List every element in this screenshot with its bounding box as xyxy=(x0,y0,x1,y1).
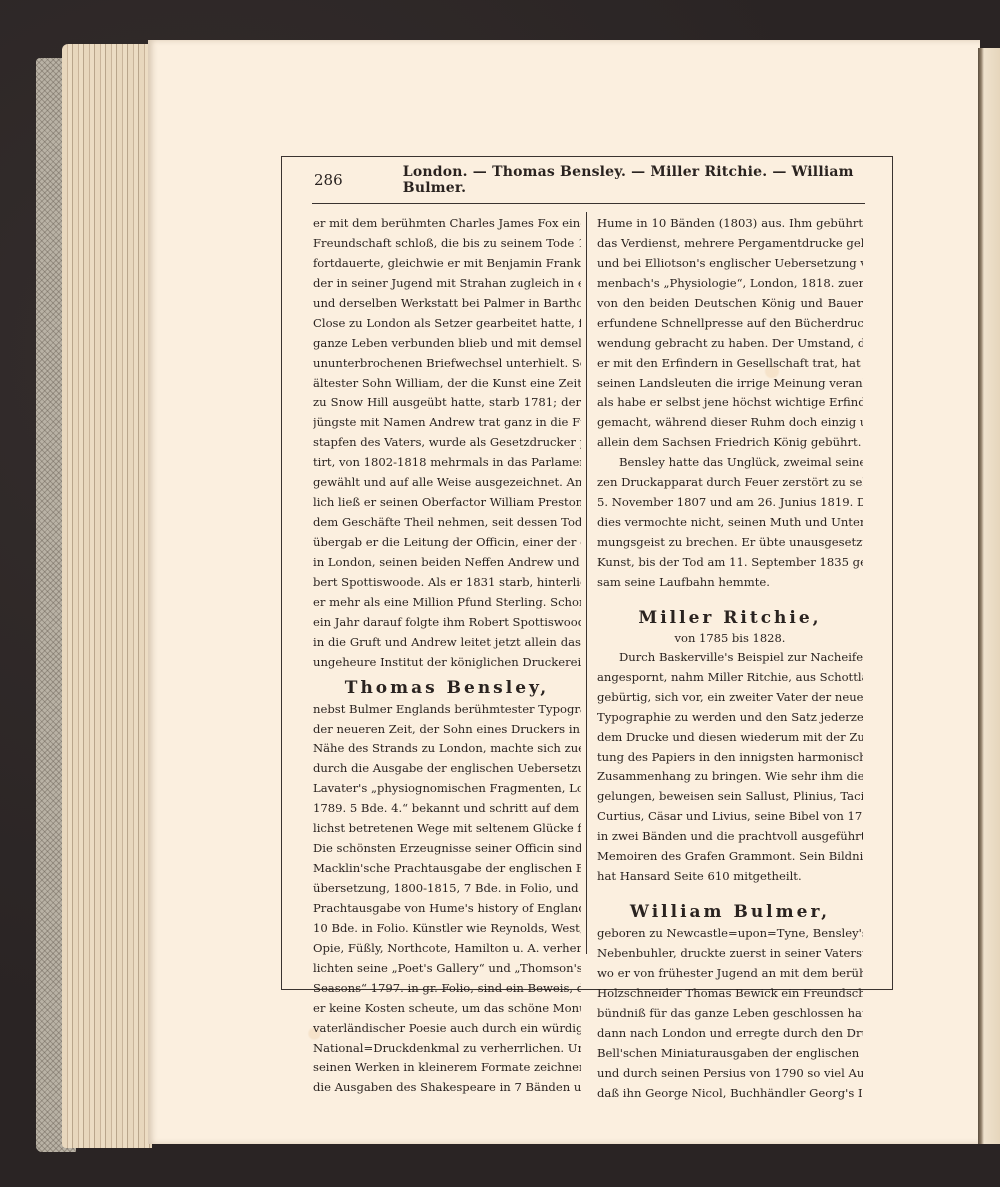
text-line: übersetzung, 1800-1815, 7 Bde. in Folio,… xyxy=(313,879,581,899)
text-line: von den beiden Deutschen König und Bauer xyxy=(597,294,863,314)
text-line: und durch seinen Persius von 1790 so vie… xyxy=(597,1064,863,1084)
text-line: Curtius, Cäsar und Livius, seine Bibel v… xyxy=(597,807,863,827)
text-line: gemacht, während dieser Ruhm doch einzig… xyxy=(597,413,863,433)
text-line: 10 Bde. in Folio. Künstler wie Reynolds,… xyxy=(313,919,581,939)
text-line: als habe er selbst jene höchst wichtige … xyxy=(597,393,863,413)
text-line: jüngste mit Namen Andrew trat ganz in di… xyxy=(313,413,581,433)
text-line: gelungen, beweisen sein Sallust, Plinius… xyxy=(597,787,863,807)
left-column: er mit dem berühmten Charles James Fox e… xyxy=(313,214,581,1098)
text-line: ein Jahr darauf folgte ihm Robert Spotti… xyxy=(313,613,581,633)
text-line: und bei Elliotson's englischer Uebersetz… xyxy=(597,254,863,274)
text-line: übergab er die Leitung der Officin, eine… xyxy=(313,533,581,553)
text-line: der in seiner Jugend mit Strahan zugleic… xyxy=(313,274,581,294)
text-line: National=Druckdenkmal zu verherrlichen. … xyxy=(313,1039,581,1059)
text-line: ganze Leben verbunden blieb und mit dems… xyxy=(313,334,581,354)
section-heading-bensley: Thomas Bensley, xyxy=(313,673,581,700)
text-line: daß ihn George Nicol, Buchhändler Georg'… xyxy=(597,1084,863,1104)
text-line: Opie, Füßly, Northcote, Hamilton u. A. v… xyxy=(313,939,581,959)
text-line: tirt, von 1802-1818 mehrmals in das Parl… xyxy=(313,453,581,473)
text-line: Durch Baskerville's Beispiel zur Nacheif… xyxy=(597,648,863,668)
text-line: Memoiren des Grafen Grammont. Sein Bildn… xyxy=(597,847,863,867)
facing-page-edge xyxy=(978,48,1000,1144)
text-line: geboren zu Newcastle=upon=Tyne, Bensley'… xyxy=(597,924,863,944)
text-line: der neueren Zeit, der Sohn eines Drucker… xyxy=(313,720,581,740)
text-line: dem Drucke und diesen wiederum mit der Z… xyxy=(597,728,863,748)
text-line: in London, seinen beiden Neffen Andrew u… xyxy=(313,553,581,573)
text-line: Close zu London als Setzer gearbeitet ha… xyxy=(313,314,581,334)
text-line: ungeheure Institut der königlichen Druck… xyxy=(313,653,581,673)
text-line: nebst Bulmer Englands berühmtester Typog… xyxy=(313,700,581,720)
paragraph-bensley-continued: Hume in 10 Bänden (1803) aus. Ihm gebühr… xyxy=(597,214,863,453)
text-line: zu Snow Hill ausgeübt hatte, starb 1781;… xyxy=(313,393,581,413)
text-line: zen Druckapparat durch Feuer zerstört zu… xyxy=(597,473,863,493)
text-line: gebürtig, sich vor, ein zweiter Vater de… xyxy=(597,688,863,708)
text-line: Bensley hatte das Unglück, zweimal seine… xyxy=(597,453,863,473)
text-line: die Ausgaben des Shakespeare in 7 Bänden… xyxy=(313,1078,581,1098)
text-line: Zusammenhang zu bringen. Wie sehr ihm di… xyxy=(597,767,863,787)
text-line: das Verdienst, mehrere Pergamentdrucke g… xyxy=(597,234,863,254)
text-line: seinen Werken in kleinerem Formate zeich… xyxy=(313,1058,581,1078)
text-line: er mit den Erfindern in Gesellschaft tra… xyxy=(597,354,863,374)
text-line: fortdauerte, gleichwie er mit Benjamin F… xyxy=(313,254,581,274)
text-line: bert Spottiswoode. Als er 1831 starb, hi… xyxy=(313,573,581,593)
text-line: mungsgeist zu brechen. Er übte unausgese… xyxy=(597,533,863,553)
text-line: vaterländischer Poesie auch durch ein wü… xyxy=(313,1019,581,1039)
text-line: ältester Sohn William, der die Kunst ein… xyxy=(313,374,581,394)
text-line: durch die Ausgabe der englischen Ueberse… xyxy=(313,759,581,779)
text-line: wendung gebracht zu haben. Der Umstand, … xyxy=(597,334,863,354)
text-line: Bell'schen Miniaturausgaben der englisch… xyxy=(597,1044,863,1064)
right-column: Hume in 10 Bänden (1803) aus. Ihm gebühr… xyxy=(597,214,863,1104)
text-line: Macklin'sche Prachtausgabe der englische… xyxy=(313,859,581,879)
text-line: sam seine Laufbahn hemmte. xyxy=(597,573,863,593)
paragraph-bulmer: geboren zu Newcastle=upon=Tyne, Bensley'… xyxy=(597,924,863,1103)
text-line: tung des Papiers in den innigsten harmon… xyxy=(597,748,863,768)
text-line: 1789. 5 Bde. 4.“ bekannt und schritt auf… xyxy=(313,799,581,819)
text-line: wo er von frühester Jugend an mit dem be… xyxy=(597,964,863,984)
paragraph-strahan-sons: er mit dem berühmten Charles James Fox e… xyxy=(313,214,581,673)
running-title: London. — Thomas Bensley. — Miller Ritch… xyxy=(403,164,864,196)
text-line: lichst betretenen Wege mit seltenem Glüc… xyxy=(313,819,581,839)
text-line: dem Geschäfte Theil nehmen, seit dessen … xyxy=(313,513,581,533)
spacer xyxy=(597,887,863,897)
text-line: Holzschneider Thomas Bewick ein Freundsc… xyxy=(597,984,863,1004)
text-line: er keine Kosten scheute, um das schöne M… xyxy=(313,999,581,1019)
text-line: ununterbrochenen Briefwechsel unterhielt… xyxy=(313,354,581,374)
text-line: dann nach London und erregte durch den D… xyxy=(597,1024,863,1044)
text-line: in zwei Bänden und die prachtvoll ausgef… xyxy=(597,827,863,847)
text-line: Typographie zu werden und den Satz jeder… xyxy=(597,708,863,728)
text-line: Nähe des Strands zu London, machte sich … xyxy=(313,739,581,759)
text-line: Hume in 10 Bänden (1803) aus. Ihm gebühr… xyxy=(597,214,863,234)
text-line: seinen Landsleuten die irrige Meinung ve… xyxy=(597,374,863,394)
text-line: stapfen des Vaters, wurde als Gesetzdruc… xyxy=(313,433,581,453)
section-subheading-ritchie-dates: von 1785 bis 1828. xyxy=(597,630,863,648)
text-line: er mit dem berühmten Charles James Fox e… xyxy=(313,214,581,234)
paragraph-ritchie: Durch Baskerville's Beispiel zur Nacheif… xyxy=(597,648,863,887)
spacer xyxy=(597,593,863,603)
text-line: 5. November 1807 und am 26. Junius 1819.… xyxy=(597,493,863,513)
text-line: und derselben Werkstatt bei Palmer in Ba… xyxy=(313,294,581,314)
column-divider xyxy=(586,212,587,954)
text-line: erfundene Schnellpresse auf den Bücherdr… xyxy=(597,314,863,334)
text-line: Lavater's „physiognomischen Fragmenten, … xyxy=(313,779,581,799)
page-header: 286 London. — Thomas Bensley. — Miller R… xyxy=(314,170,864,190)
text-line: lichten seine „Poet's Gallery“ und „Thom… xyxy=(313,959,581,979)
text-line: Freundschaft schloß, die bis zu seinem T… xyxy=(313,234,581,254)
text-line: allein dem Sachsen Friedrich König gebüh… xyxy=(597,433,863,453)
page-stack-edges xyxy=(62,44,152,1148)
page-number: 286 xyxy=(314,171,403,189)
text-line: in die Gruft und Andrew leitet jetzt all… xyxy=(313,633,581,653)
paragraph-bensley-fire: Bensley hatte das Unglück, zweimal seine… xyxy=(597,453,863,593)
header-rule xyxy=(312,203,865,204)
text-line: dies vermochte nicht, seinen Muth und Un… xyxy=(597,513,863,533)
text-line: Nebenbuhler, druckte zuerst in seiner Va… xyxy=(597,944,863,964)
text-line: hat Hansard Seite 610 mitgetheilt. xyxy=(597,867,863,887)
text-line: lich ließ er seinen Oberfactor William P… xyxy=(313,493,581,513)
text-line: bündniß für das ganze Leben geschlossen … xyxy=(597,1004,863,1024)
text-line: Prachtausgabe von Hume's history of Engl… xyxy=(313,899,581,919)
text-line: menbach's „Physiologie“, London, 1818. z… xyxy=(597,274,863,294)
section-heading-ritchie: Miller Ritchie, xyxy=(597,603,863,630)
paragraph-bensley: nebst Bulmer Englands berühmtester Typog… xyxy=(313,700,581,1099)
text-line: gewählt und auf alle Weise ausgezeichnet… xyxy=(313,473,581,493)
text-line: Seasons“ 1797. in gr. Folio, sind ein Be… xyxy=(313,979,581,999)
section-heading-bulmer: William Bulmer, xyxy=(597,897,863,924)
text-line: er mehr als eine Million Pfund Sterling.… xyxy=(313,593,581,613)
text-line: Kunst, bis der Tod am 11. September 1835… xyxy=(597,553,863,573)
text-line: Die schönsten Erzeugnisse seiner Officin… xyxy=(313,839,581,859)
text-line: angespornt, nahm Miller Ritchie, aus Sch… xyxy=(597,668,863,688)
